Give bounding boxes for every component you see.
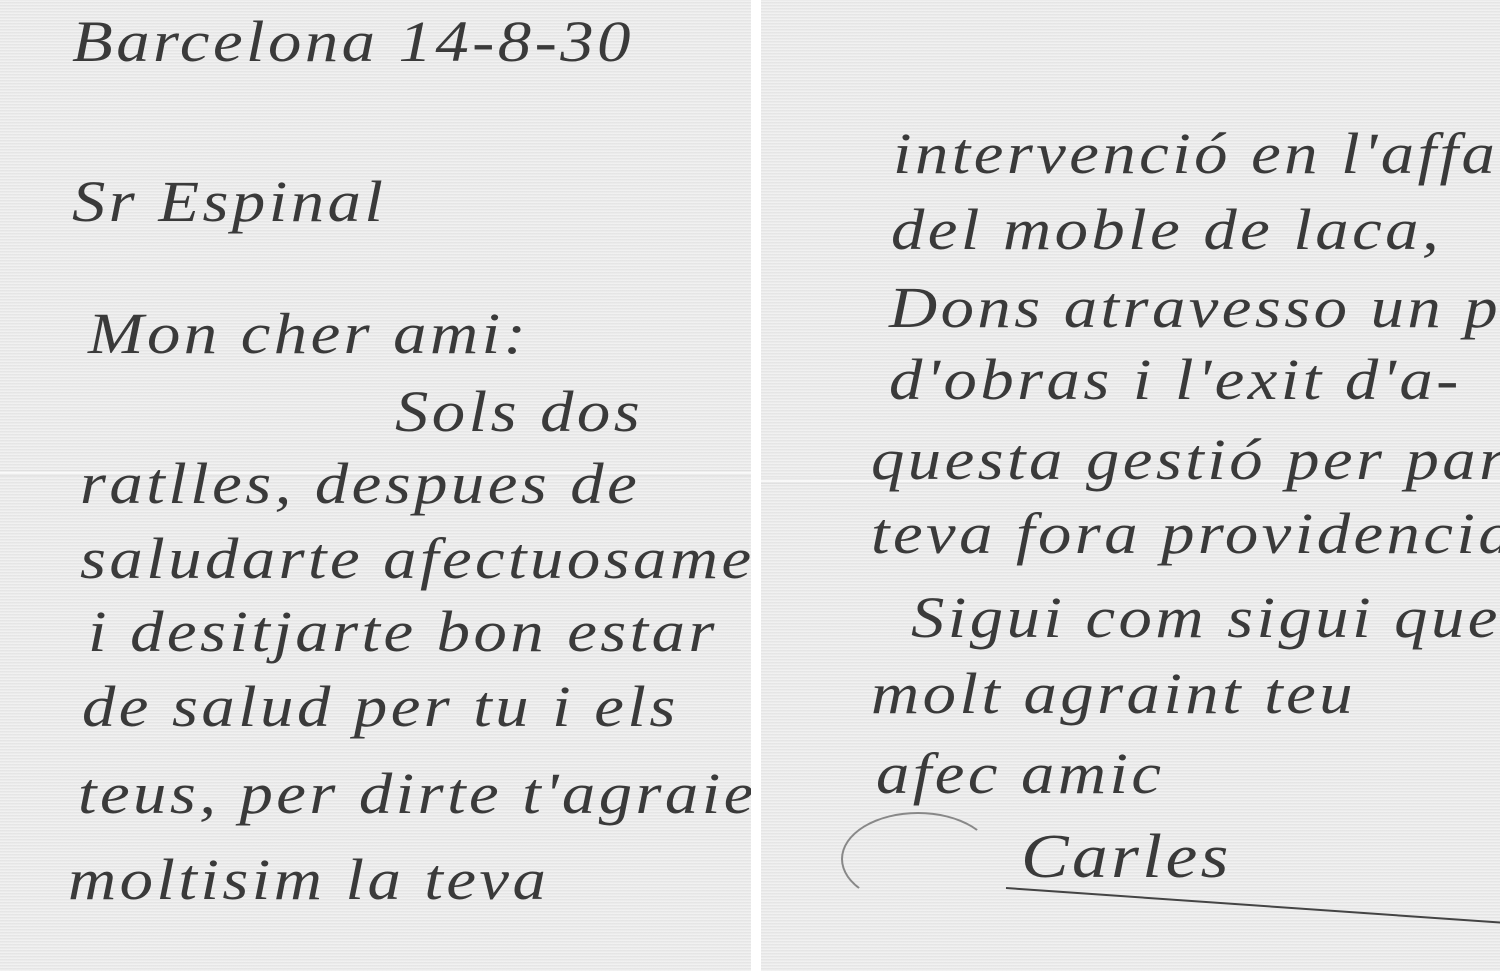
signature: Carles <box>1021 822 1232 893</box>
letter-line: saludarte afectuosament <box>80 525 751 592</box>
letter-line: d'obras i l'exit d'a- <box>889 346 1462 413</box>
letter-page-left: Barcelona 14-8-30 Sr Espinal Mon cher am… <box>0 0 751 971</box>
letter-line: ratlles, despues de <box>80 450 640 517</box>
letter-salutation-name: Sr Espinal <box>72 168 386 235</box>
letter-line: intervenció en l'affaire <box>893 120 1500 187</box>
letter-line: i desitjarte bon estar <box>88 598 718 665</box>
letter-line: moltisim la teva <box>68 846 549 913</box>
letter-line: teva fora providencial. <box>871 500 1500 567</box>
letter-greeting: Mon cher ami: <box>88 300 529 367</box>
letter-line: del moble de laca, <box>891 196 1442 263</box>
letter-line: Sols dos <box>395 378 643 445</box>
letter-closing: afec amic <box>876 740 1164 807</box>
letter-line: Sigui com sigui queda <box>911 584 1500 651</box>
letter-line: teus, per dirte t'agraie <box>78 760 751 827</box>
signature-flourish <box>841 812 995 906</box>
letter-line: molt agraint teu <box>871 660 1356 727</box>
letter-date-line: Barcelona 14-8-30 <box>72 8 634 75</box>
letter-line: de salud per tu i els <box>82 673 679 740</box>
signature-underline <box>1006 887 1500 924</box>
letter-line: questa gestió per part <box>871 426 1500 493</box>
letter-page-right: intervenció en l'affaire del moble de la… <box>761 0 1500 971</box>
letter-line: Dons atravesso un periode <box>889 274 1500 341</box>
